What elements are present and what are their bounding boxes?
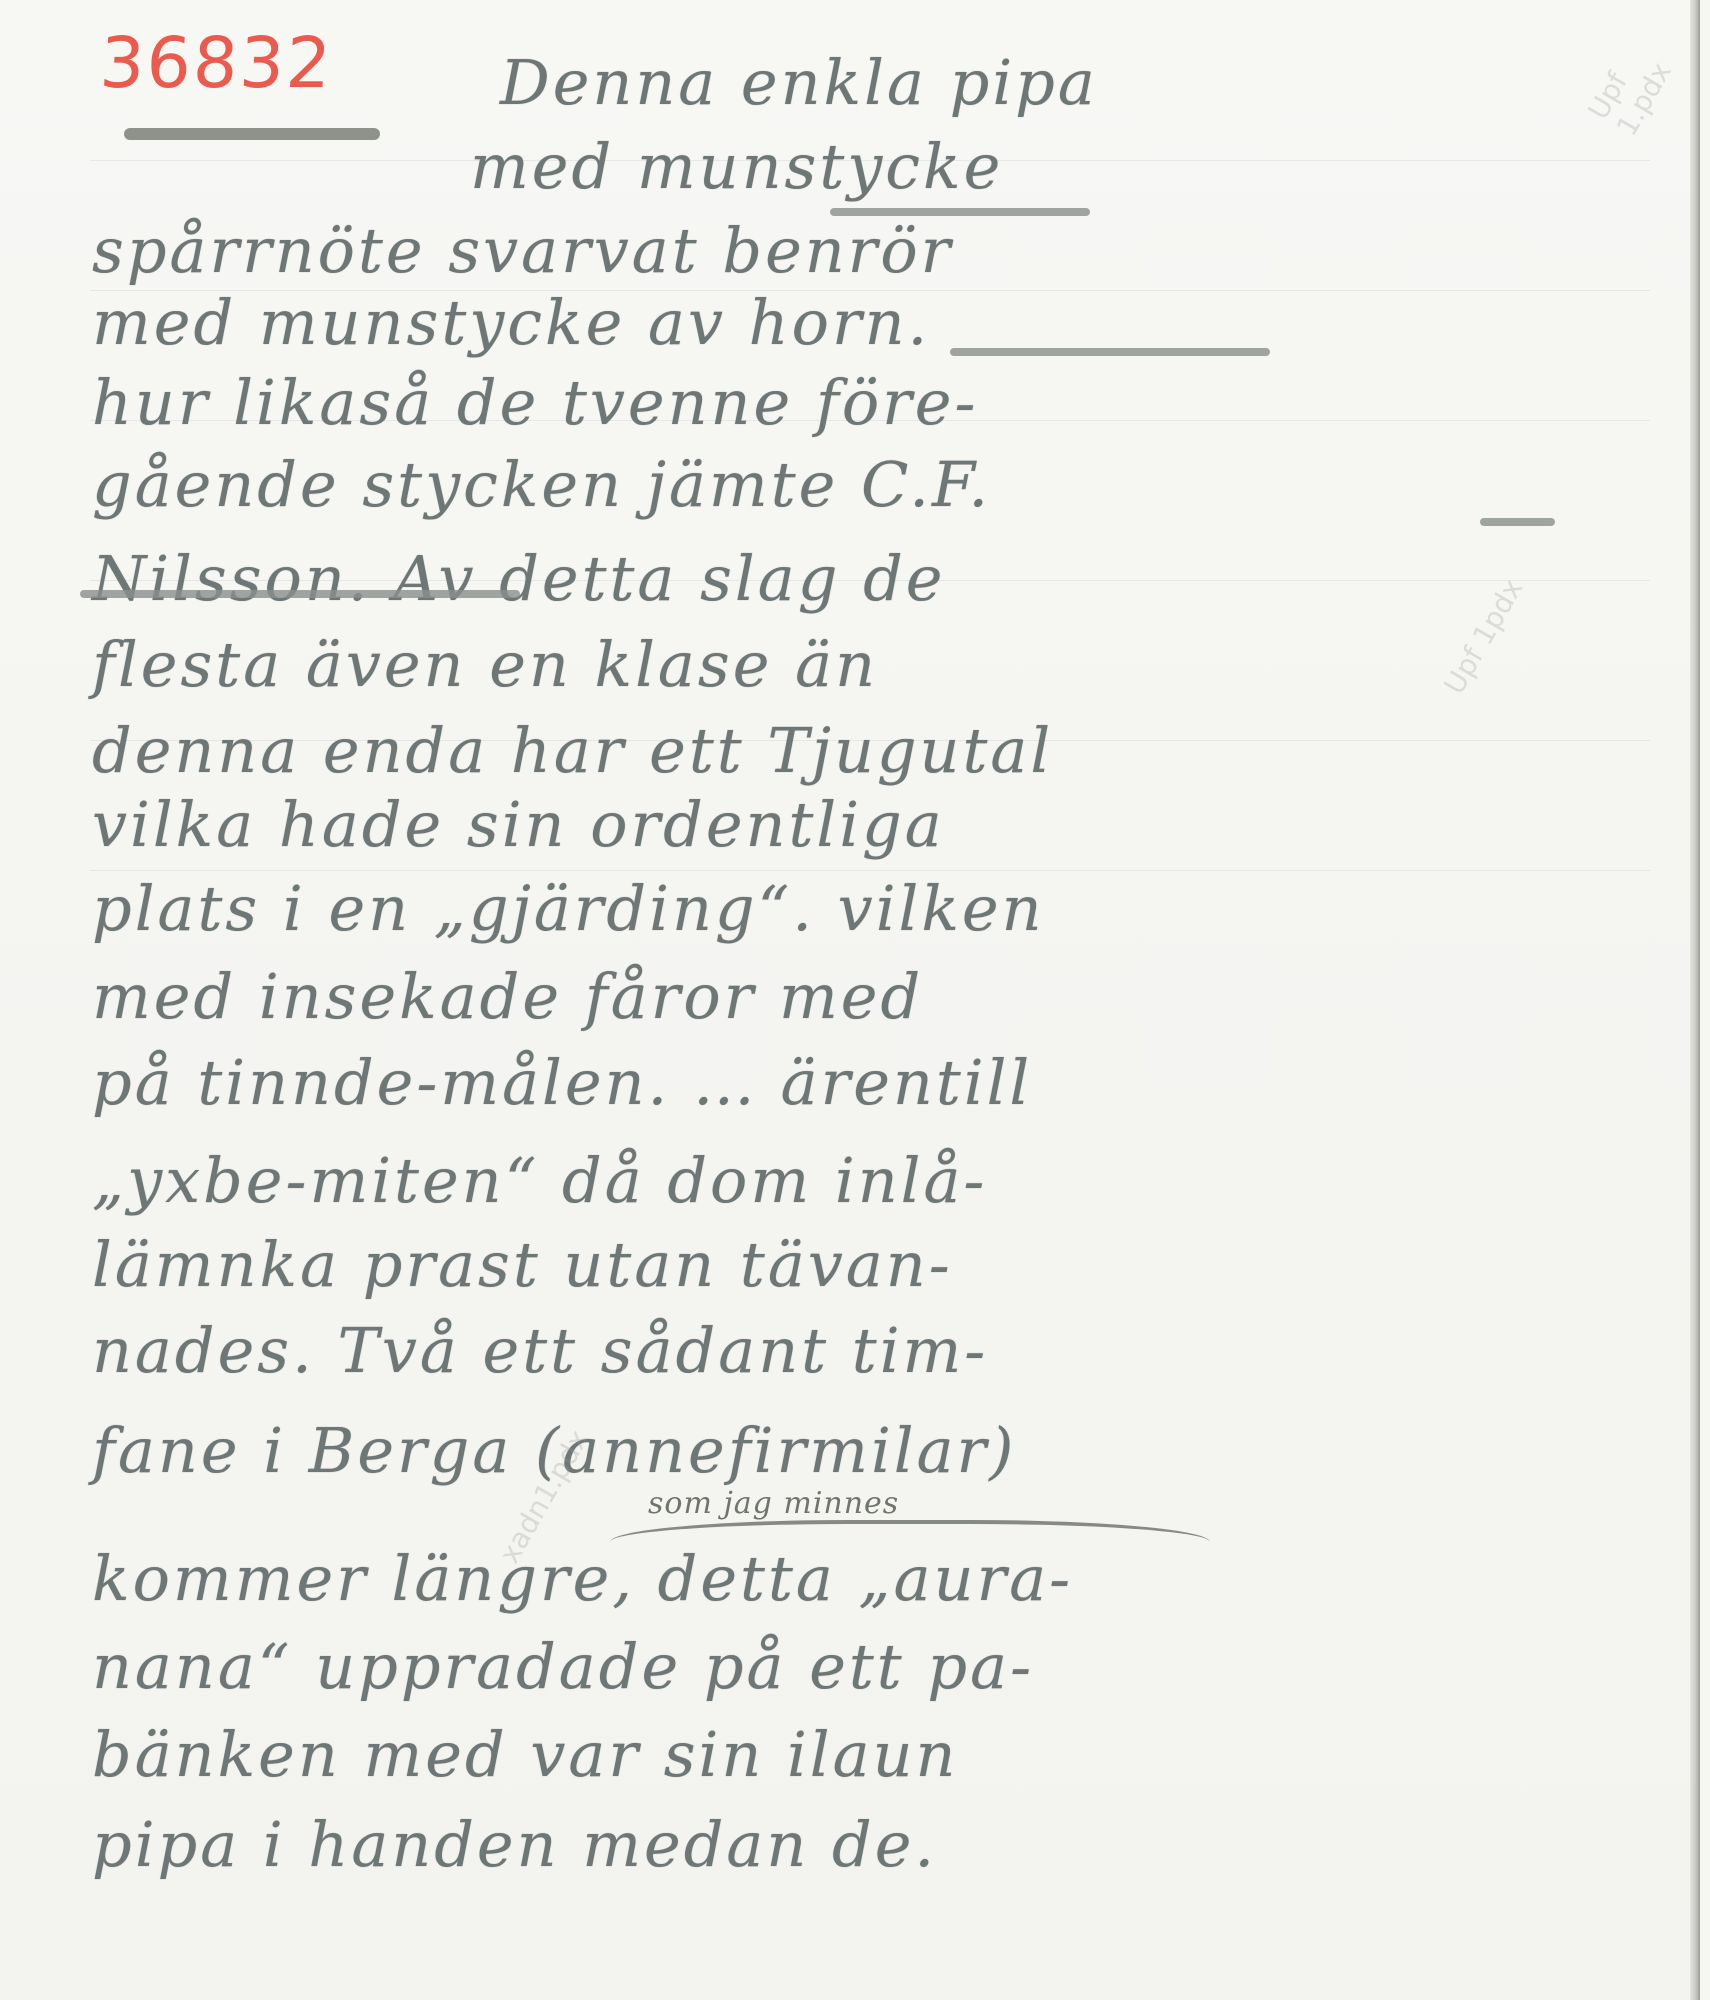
manuscript-line-16: nades. Två ett sådant tim- [92, 1312, 1672, 1390]
manuscript-line-2: med munstycke [470, 128, 1710, 206]
paper-edge [1690, 0, 1700, 2000]
manuscript-line-14: „yxbe-miten“ då dom inlå- [92, 1142, 1672, 1220]
manuscript-line-13: på tinnde-målen. … ärentill [92, 1044, 1672, 1122]
manuscript-line-6: gående stycken jämte C.F. [92, 446, 1672, 524]
underline-mark [1480, 518, 1555, 526]
underline-mark [80, 590, 520, 598]
manuscript-line-12: med insekade fåror med [92, 958, 1672, 1036]
underline-mark [830, 208, 1090, 216]
manuscript-line-3: spårrnöte svarvat benrör [92, 212, 1672, 290]
manuscript-line-10: vilka hade sin ordentliga [92, 786, 1672, 864]
manuscript-line-11: plats i en „gjärding“. vilken [92, 870, 1672, 948]
manuscript-line-5: hur likaså de tvenne före- [92, 364, 1672, 442]
interlinear-insertion: som jag minnes [648, 1486, 899, 1521]
manuscript-line-9: denna enda har ett Tjugutal [92, 712, 1672, 790]
manuscript-line-20: bänken med var sin ilaun [92, 1716, 1672, 1794]
manuscript-line-19: nana“ uppradade på ett pa- [92, 1628, 1672, 1706]
manuscript-page: 36832 Denna enkla pipa med munstycke spå… [0, 0, 1700, 2000]
archive-number: 36832 [98, 22, 335, 104]
manuscript-line-15: lämnka prast utan tävan- [92, 1226, 1672, 1304]
manuscript-line-1: Denna enkla pipa [500, 44, 1710, 122]
manuscript-line-21: pipa i handen medan de. [92, 1806, 1672, 1884]
archive-number-underline [124, 128, 380, 140]
manuscript-line-17: fane i Berga (annefirmilar) [92, 1412, 1672, 1490]
manuscript-line-8: flesta även en klase än [92, 626, 1672, 704]
manuscript-line-7: Nilsson. Av detta slag de [92, 540, 1672, 618]
underline-mark [950, 348, 1270, 356]
manuscript-line-18: kommer längre, detta „aura- [92, 1540, 1672, 1618]
manuscript-line-4: med munstycke av horn. [92, 284, 1672, 362]
insertion-bracket [610, 1520, 1210, 1542]
